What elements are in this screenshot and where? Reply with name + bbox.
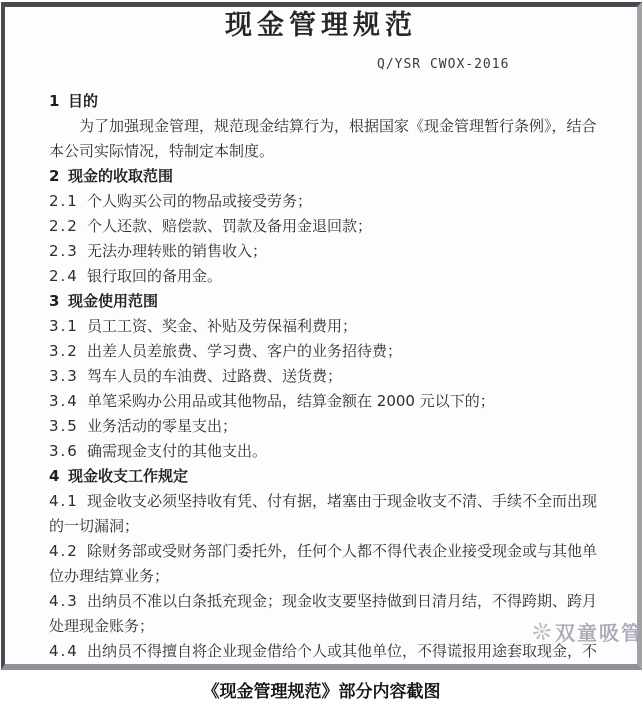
section-number: 4 bbox=[49, 464, 68, 489]
clause-3-6: 3.6确需现金支付的其他支出。 bbox=[49, 439, 597, 464]
clause-text: 员工工资、奖金、补贴及劳保福利费用； bbox=[87, 317, 357, 335]
document-title: 现金管理规范 bbox=[5, 11, 637, 41]
clause-text: 银行取回的备用金。 bbox=[87, 267, 222, 285]
clause-2-4: 2.4银行取回的备用金。 bbox=[49, 264, 597, 289]
clause-number: 4.3 bbox=[49, 589, 87, 614]
caption: 《现金管理规范》部分内容截图 bbox=[0, 682, 643, 702]
clause-text: 除财务部或受财务部门委托外，任何个人都不得代表企业接受现金或与其他单位办理结算业… bbox=[49, 542, 597, 585]
clause-4-4: 4.4出纳员不得擅自将企业现金借给个人或其他单位，不得谎报用途套取现金，不得将 bbox=[49, 639, 597, 670]
clause-text: 业务活动的零星支出； bbox=[87, 417, 237, 435]
clause-number: 3.4 bbox=[49, 389, 87, 414]
clause-number: 2.1 bbox=[49, 189, 87, 214]
clause-3-2: 3.2出差人员差旅费、学习费、客户的业务招待费； bbox=[49, 339, 597, 364]
clause-number: 3.3 bbox=[49, 364, 87, 389]
clause-3-5: 3.5业务活动的零星支出； bbox=[49, 414, 597, 439]
section-number: 2 bbox=[49, 164, 68, 189]
section-number: 3 bbox=[49, 289, 68, 314]
clause-text: 现金收支必须坚持收有凭、付有据，堵塞由于现金收支不清、手续不全而出现的一切漏洞； bbox=[49, 492, 597, 535]
clause-number: 3.5 bbox=[49, 414, 87, 439]
section-heading-4: 4现金收支工作规定 bbox=[49, 464, 597, 489]
section-heading-1: 1目的 bbox=[49, 89, 597, 114]
clause-4-2: 4.2除财务部或受财务部门委托外，任何个人都不得代表企业接受现金或与其他单位办理… bbox=[49, 539, 597, 589]
section-title: 现金收支工作规定 bbox=[68, 467, 188, 485]
clause-number: 4.4 bbox=[49, 639, 87, 664]
clause-3-1: 3.1员工工资、奖金、补贴及劳保福利费用； bbox=[49, 314, 597, 339]
clause-text: 驾车人员的车油费、过路费、送货费； bbox=[87, 367, 342, 385]
section-heading-2: 2现金的收取范围 bbox=[49, 164, 597, 189]
clause-text: 确需现金支付的其他支出。 bbox=[87, 442, 267, 460]
clause-number: 4.2 bbox=[49, 539, 87, 564]
clause-text: 个人还款、赔偿款、罚款及备用金退回款； bbox=[87, 217, 372, 235]
clause-2-1: 2.1个人购买公司的物品或接受劳务； bbox=[49, 189, 597, 214]
clause-text: 出纳员不得擅自将企业现金借给个人或其他单位，不得谎报用途套取现金，不得将 bbox=[49, 642, 597, 670]
document-code: Q/YSR CWOX-2016 bbox=[5, 57, 637, 73]
clause-3-4: 3.4单笔采购办公用品或其他物品，结算金额在 2000 元以下的； bbox=[49, 389, 597, 414]
section-title: 现金的收取范围 bbox=[68, 167, 173, 185]
clause-2-2: 2.2个人还款、赔偿款、罚款及备用金退回款； bbox=[49, 214, 597, 239]
clause-number: 2.2 bbox=[49, 214, 87, 239]
clause-text: 出差人员差旅费、学习费、客户的业务招待费； bbox=[87, 342, 402, 360]
section-1-paragraph: 为了加强现金管理，规范现金结算行为，根据国家《现金管理暂行条例》，结合本公司实际… bbox=[49, 114, 597, 164]
document-page: 现金管理规范 Q/YSR CWOX-2016 1目的 为了加强现金管理，规范现金… bbox=[1, 2, 642, 670]
section-heading-3: 3现金使用范围 bbox=[49, 289, 597, 314]
clause-text: 出纳员不准以白条抵充现金；现金收支要坚持做到日清月结，不得跨期、跨月处理现金账务… bbox=[49, 592, 597, 635]
clause-text: 个人购买公司的物品或接受劳务； bbox=[87, 192, 312, 210]
clause-number: 3.6 bbox=[49, 439, 87, 464]
section-title: 现金使用范围 bbox=[68, 292, 158, 310]
section-title: 目的 bbox=[68, 92, 98, 110]
clause-4-3: 4.3出纳员不准以白条抵充现金；现金收支要坚持做到日清月结，不得跨期、跨月处理现… bbox=[49, 589, 597, 639]
clause-3-3: 3.3驾车人员的车油费、过路费、送货费； bbox=[49, 364, 597, 389]
clause-text: 单笔采购办公用品或其他物品，结算金额在 2000 元以下的； bbox=[87, 392, 495, 410]
clause-4-1: 4.1现金收支必须坚持收有凭、付有据，堵塞由于现金收支不清、手续不全而出现的一切… bbox=[49, 489, 597, 539]
clause-text: 无法办理转账的销售收入； bbox=[87, 242, 267, 260]
clause-number: 2.4 bbox=[49, 264, 87, 289]
document-body: 1目的 为了加强现金管理，规范现金结算行为，根据国家《现金管理暂行条例》，结合本… bbox=[5, 89, 637, 670]
clause-2-3: 2.3无法办理转账的销售收入； bbox=[49, 239, 597, 264]
section-number: 1 bbox=[49, 89, 68, 114]
clause-number: 3.2 bbox=[49, 339, 87, 364]
clause-number: 4.1 bbox=[49, 489, 87, 514]
clause-number: 3.1 bbox=[49, 314, 87, 339]
clause-number: 2.3 bbox=[49, 239, 87, 264]
